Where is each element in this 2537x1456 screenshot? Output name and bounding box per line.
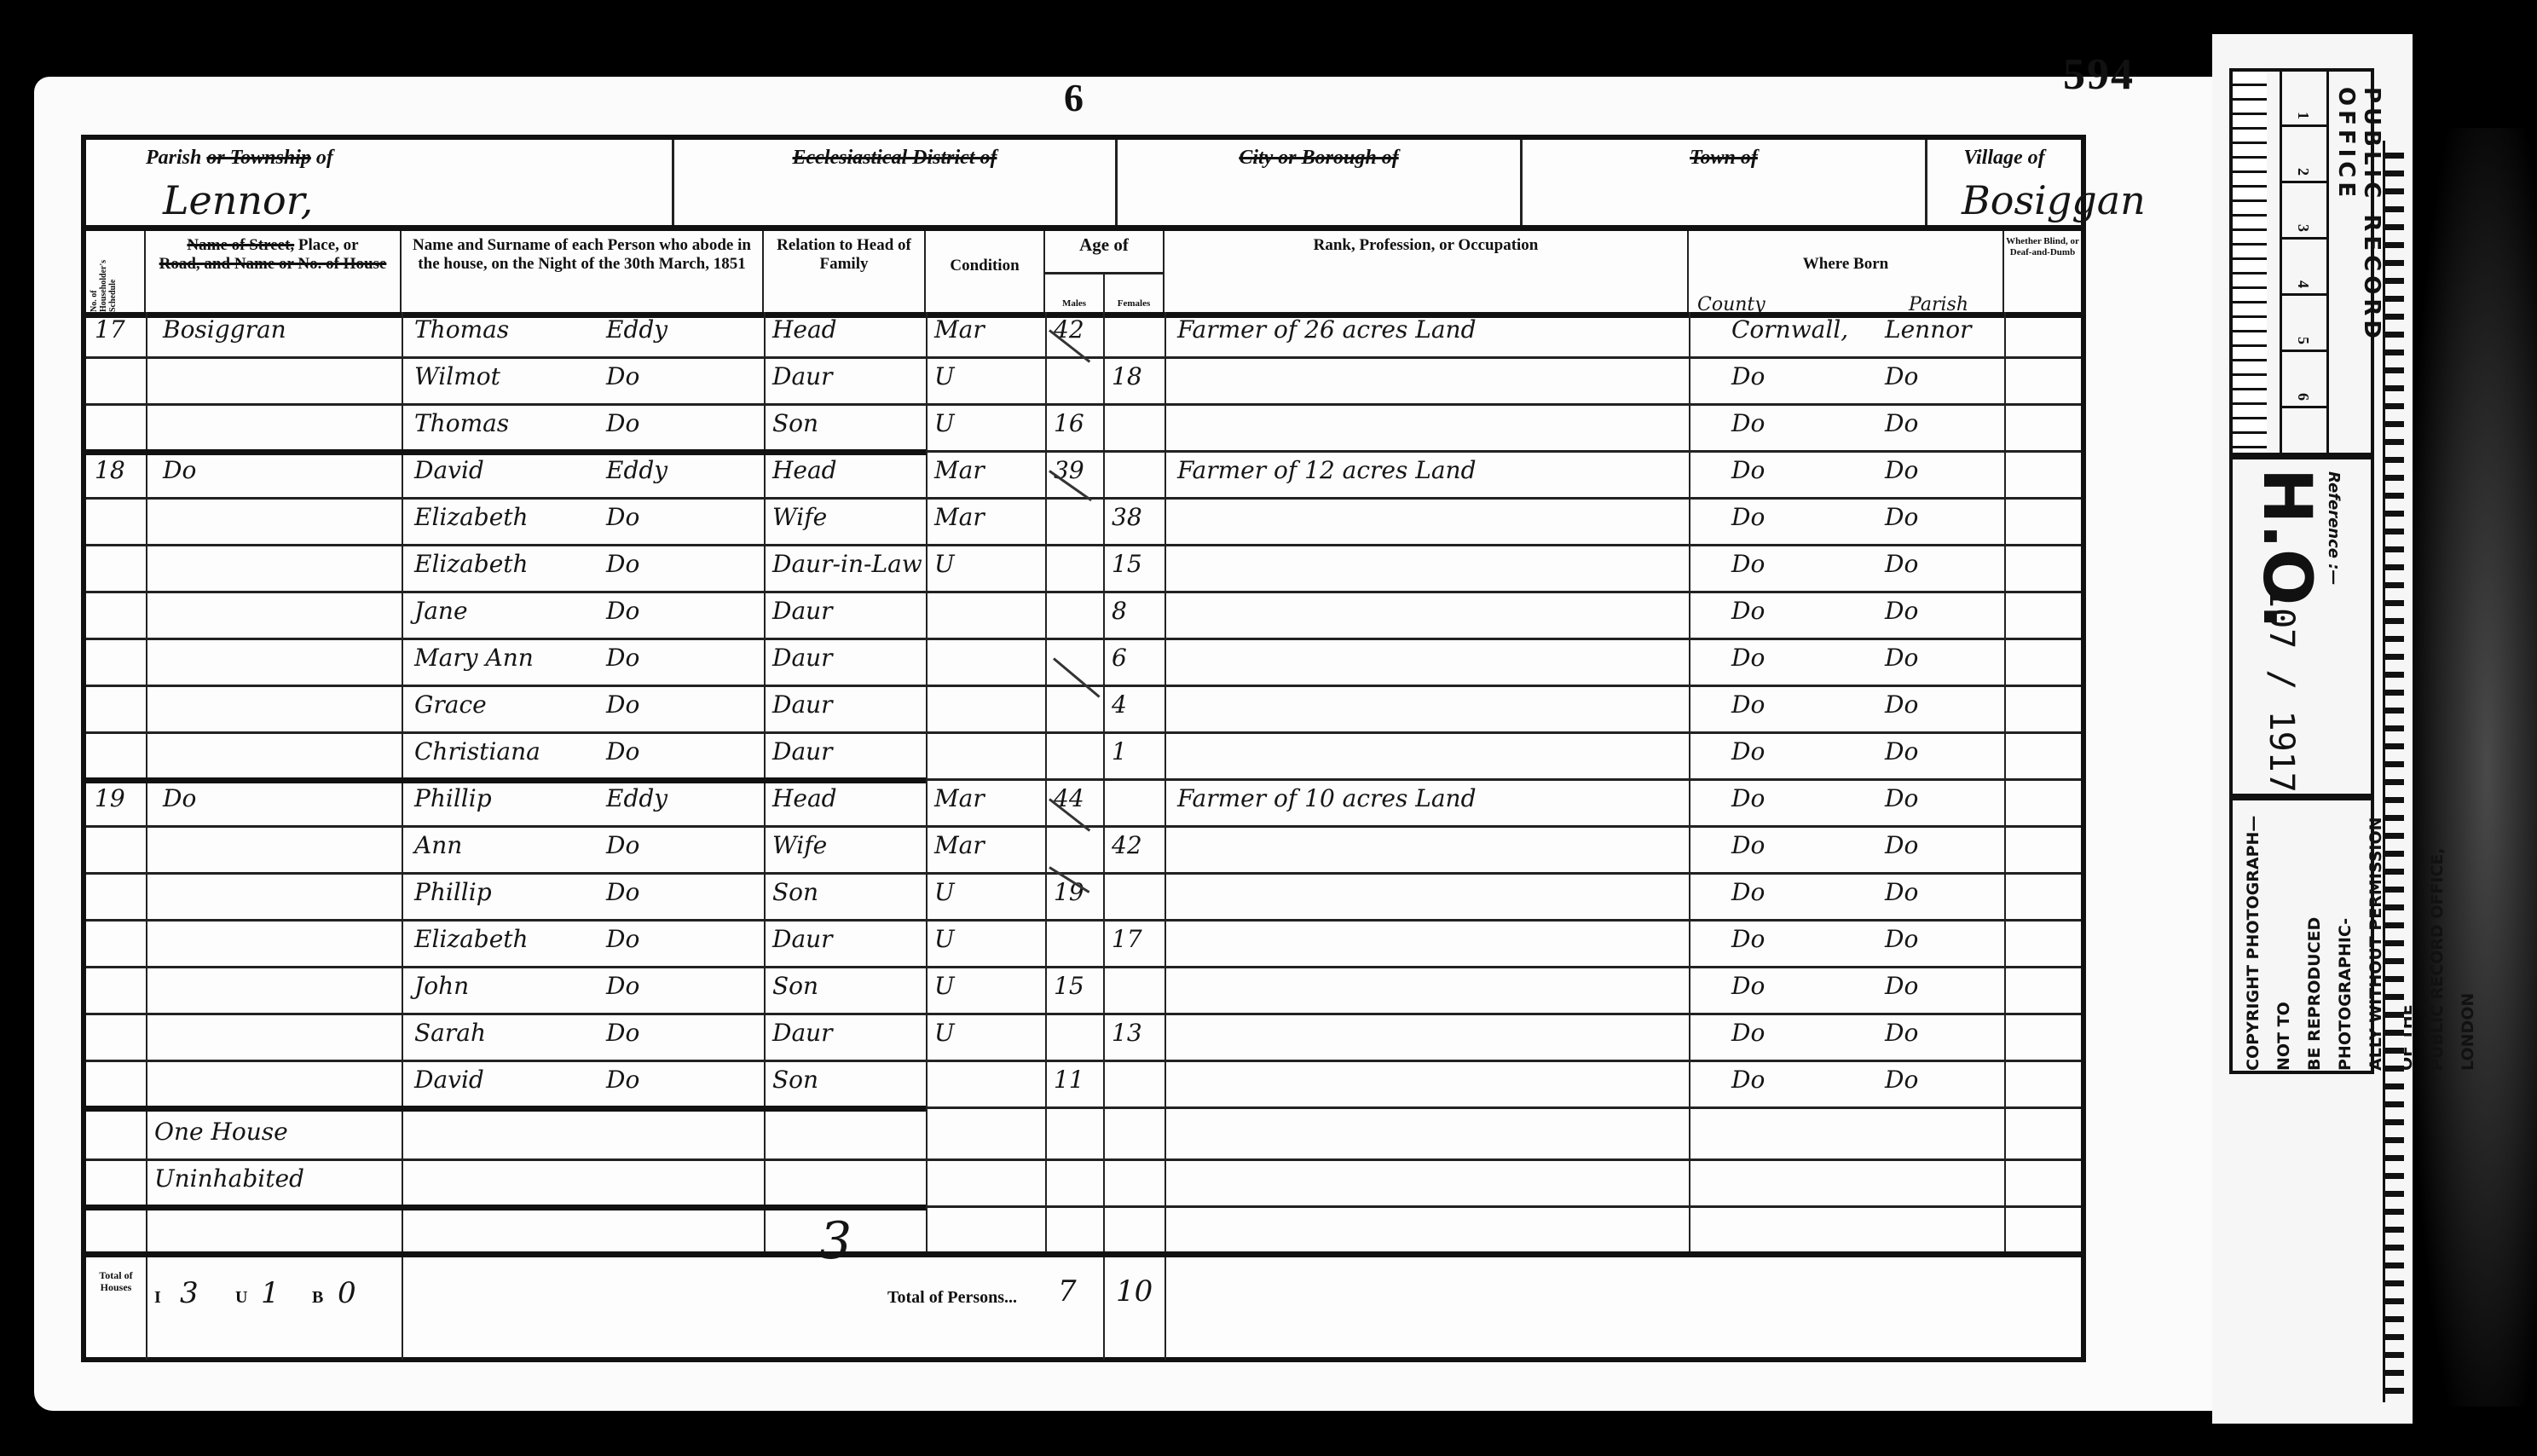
cell-relation: Daur: [772, 690, 833, 719]
table-row: 17BosiggranThomasEddyHeadMar42Farmer of …: [86, 312, 2081, 359]
cell-born-parish: Do: [1885, 690, 1918, 719]
cell-relation: Head: [772, 456, 837, 484]
cell-place: Do: [163, 456, 196, 484]
cell-born-county: Do: [1731, 503, 1765, 531]
cell-name: Elizabeth: [414, 503, 529, 531]
table-row: ElizabethDoDaur-in-LawU15DoDo: [86, 546, 2081, 593]
cell-condition: U: [934, 1019, 955, 1047]
col-condition-header: Condition: [926, 231, 1045, 312]
cell-surname: Eddy: [606, 456, 667, 484]
cell-born-parish: Do: [1885, 550, 1918, 578]
public-record-office-label: PUBLIC RECORD OFFICE: [2333, 87, 2384, 453]
cell-born-county: Do: [1731, 597, 1765, 625]
cell-name: Thomas: [414, 409, 509, 437]
table-row: PhillipDoSonU19DoDo: [86, 875, 2081, 922]
cell-born-county: Do: [1731, 737, 1765, 766]
table-row: GraceDoDaur4DoDo: [86, 687, 2081, 734]
parish-cell: Parish or Township of Lennor,: [86, 140, 674, 225]
cell-name: Elizabeth: [414, 550, 529, 578]
table-row: JaneDoDaur8DoDo: [86, 593, 2081, 640]
folio-number: 594: [2063, 49, 2135, 100]
cell-born-parish: Do: [1885, 456, 1918, 484]
town-cell: Town of: [1523, 140, 1927, 225]
copyright-line: PUBLIC RECORD OFFICE, LONDON: [2422, 807, 2483, 1071]
cell-condition: Mar: [934, 831, 985, 859]
cell-surname: Do: [606, 1019, 639, 1047]
cell-female-age: 4: [1112, 690, 1127, 719]
cell-surname: Do: [606, 597, 639, 625]
col-occupation-header: Rank, Profession, or Occupation: [1164, 231, 1689, 312]
table-row-blank: [86, 1161, 2081, 1208]
cell-condition: U: [934, 550, 955, 578]
cell-male-age: 39: [1054, 456, 1084, 484]
scale-number-box: 6: [2280, 353, 2326, 408]
col-blind-header: Whether Blind, or Deaf-and-Dumb: [2004, 231, 2081, 312]
cell-place: Do: [163, 784, 196, 812]
cell-female-age: 42: [1112, 831, 1142, 859]
cell-female-age: 8: [1112, 597, 1127, 625]
page-number: 6: [1064, 75, 1084, 120]
household-separator: [86, 1106, 926, 1112]
record-office-strip: 123456 PUBLIC RECORD OFFICE Reference :—…: [2212, 34, 2413, 1424]
cell-born-parish: Do: [1885, 972, 1918, 1000]
ecclesiastical-district-cell: Ecclesiastical District of: [674, 140, 1118, 225]
cell-born-county: Do: [1731, 878, 1765, 906]
cell-born-county: Do: [1731, 690, 1765, 719]
cell-born-parish: Do: [1885, 597, 1918, 625]
cell-occupation: Farmer of 26 acres Land: [1177, 315, 1477, 344]
col-name-header: Name and Surname of each Person who abod…: [402, 231, 764, 312]
table-row: JohnDoSonU15DoDo: [86, 968, 2081, 1015]
cell-female-age: 17: [1112, 925, 1142, 953]
cell-surname: Do: [606, 690, 639, 719]
cell-born-parish: Do: [1885, 503, 1918, 531]
table-row: DavidDoSon11DoDo: [86, 1062, 2081, 1109]
females-subheader: Females: [1105, 298, 1163, 309]
cell-name: Sarah: [414, 1019, 486, 1047]
cell-surname: Do: [606, 362, 639, 390]
cell-surname: Do: [606, 503, 639, 531]
copyright-line: COPYRIGHT PHOTOGRAPH—NOT TO: [2238, 807, 2299, 1071]
reference-number: 107 / 1917: [2262, 587, 2301, 793]
cell-surname: Do: [606, 925, 639, 953]
cell-relation: Daur: [772, 362, 833, 390]
cell-born-county: Do: [1731, 784, 1765, 812]
cell-relation: Daur-in-Law: [772, 550, 922, 578]
cell-name: Phillip: [414, 878, 492, 906]
cell-condition: U: [934, 409, 955, 437]
cell-schedule: 19: [95, 784, 125, 812]
table-row-blank: [86, 1208, 2081, 1255]
table-row-blank: [86, 1114, 2081, 1161]
table-row: AnnDoWifeMar42DoDo: [86, 828, 2081, 875]
cell-occupation: Farmer of 12 acres Land: [1177, 456, 1477, 484]
cell-condition: Mar: [934, 456, 985, 484]
cell-female-age: 13: [1112, 1019, 1142, 1047]
cell-born-county: Do: [1731, 1066, 1765, 1094]
scale-number-box: 3: [2280, 184, 2326, 240]
cell-relation: Wife: [772, 503, 827, 531]
cell-name: Grace: [414, 690, 487, 719]
cell-condition: Mar: [934, 503, 985, 531]
parish-label-suffix: of: [316, 147, 333, 169]
cell-condition: U: [934, 972, 955, 1000]
cell-name: Christiana: [414, 737, 540, 766]
reference-box: Reference :— H.O. 107 / 1917: [2229, 456, 2374, 797]
cell-born-parish: Do: [1885, 409, 1918, 437]
cell-born-parish: Do: [1885, 784, 1918, 812]
cell-born-parish: Do: [1885, 737, 1918, 766]
uninhabited-note-line2: Uninhabited: [154, 1164, 304, 1193]
cell-relation: Head: [772, 784, 837, 812]
location-header-row: Parish or Township of Lennor, Ecclesiast…: [86, 140, 2081, 231]
cell-born-county: Do: [1731, 550, 1765, 578]
col-relation-header: Relation to Head of Family: [764, 231, 926, 312]
table-row: SarahDoDaurU13DoDo: [86, 1015, 2081, 1062]
cell-born-county: Do: [1731, 362, 1765, 390]
table-row: ThomasDoSonU16DoDo: [86, 406, 2081, 453]
males-total: 7: [1058, 1274, 1077, 1309]
village-label: Village of: [1927, 147, 2081, 170]
total-houses-label: Total of Houses: [90, 1269, 142, 1293]
background-scan-texture: [2413, 128, 2537, 1407]
cell-surname: Do: [606, 737, 639, 766]
cell-surname: Do: [606, 878, 639, 906]
cell-schedule: 18: [95, 456, 125, 484]
cell-born-county: Do: [1731, 409, 1765, 437]
table-row: ElizabethDoWifeMar38DoDo: [86, 500, 2081, 546]
inhabited-count: 3: [180, 1276, 199, 1310]
cell-born-county: Do: [1731, 925, 1765, 953]
total-persons-label: Total of Persons...: [887, 1288, 1017, 1308]
cell-name: John: [414, 972, 469, 1000]
township-label-struck: or Township: [206, 147, 311, 169]
cell-relation: Daur: [772, 737, 833, 766]
scale-number-box: 1: [2280, 72, 2326, 127]
cell-condition: U: [934, 925, 955, 953]
cell-relation: Daur: [772, 925, 833, 953]
cell-male-age: 19: [1054, 878, 1084, 906]
table-row: 19DoPhillipEddyHeadMar44Farmer of 10 acr…: [86, 781, 2081, 828]
cell-condition: Mar: [934, 315, 985, 344]
uninhabited-note-line1: One House: [154, 1118, 288, 1146]
cell-condition: U: [934, 878, 955, 906]
table-row: WilmotDoDaurU18DoDo: [86, 359, 2081, 406]
col-where-born-header: Where Born County Parish: [1689, 231, 2004, 312]
scale-ruler: 123456 PUBLIC RECORD OFFICE: [2229, 68, 2374, 456]
col-age-header: Age of Males Females: [1045, 231, 1164, 312]
cell-female-age: 1: [1112, 737, 1127, 766]
table-row: ChristianaDoDaur1DoDo: [86, 734, 2081, 781]
census-table: Parish or Township of Lennor, Ecclesiast…: [81, 135, 2086, 1362]
film-edge-marks: [2383, 141, 2404, 1402]
cell-relation: Daur: [772, 1019, 833, 1047]
cell-surname: Do: [606, 644, 639, 672]
census-rows: 17BosiggranThomasEddyHeadMar42Farmer of …: [86, 312, 2081, 1251]
cell-condition: Mar: [934, 784, 985, 812]
parish-label: Parish: [146, 147, 201, 169]
cell-born-county: Cornwall,: [1731, 315, 1848, 344]
totals-row: Total of Houses I 3 U 1 B 0 Total of Per…: [86, 1251, 2081, 1366]
table-row: Mary AnnDoDaur6DoDo: [86, 640, 2081, 687]
cell-relation: Son: [772, 972, 818, 1000]
cell-place: Bosiggran: [163, 315, 286, 344]
cell-surname: Do: [606, 831, 639, 859]
females-total: 10: [1116, 1274, 1153, 1309]
ruler-ticks: [2233, 72, 2282, 453]
parish-value: Lennor,: [163, 177, 313, 223]
scale-number-box: 2: [2280, 128, 2326, 183]
cell-surname: Do: [606, 972, 639, 1000]
cell-name: Thomas: [414, 315, 509, 344]
copyright-notice: COPYRIGHT PHOTOGRAPH—NOT TOBE REPRODUCED…: [2229, 797, 2374, 1074]
cell-surname: Do: [606, 409, 639, 437]
uninhabited-count: 1: [261, 1276, 280, 1310]
scale-number-box: 5: [2280, 297, 2326, 352]
cell-relation: Daur: [772, 597, 833, 625]
cell-born-county: Do: [1731, 972, 1765, 1000]
reference-label: Reference :—: [2325, 471, 2343, 585]
cell-born-parish: Do: [1885, 362, 1918, 390]
household-separator: [86, 777, 926, 783]
village-value: Bosiggan: [1962, 177, 2146, 223]
cell-born-parish: Do: [1885, 878, 1918, 906]
cell-born-county: Do: [1731, 644, 1765, 672]
copyright-line: BE REPRODUCED PHOTOGRAPHIC-: [2299, 807, 2361, 1071]
table-row: ElizabethDoDaurU17DoDo: [86, 922, 2081, 968]
cell-born-parish: Do: [1885, 1066, 1918, 1094]
cell-born-county: Do: [1731, 456, 1765, 484]
col-schedule-header: No. of Householder's Schedule: [86, 231, 146, 312]
cell-schedule: 17: [95, 315, 125, 344]
city-borough-cell: City or Borough of: [1118, 140, 1523, 225]
cell-relation: Son: [772, 878, 818, 906]
cell-born-parish: Do: [1885, 644, 1918, 672]
cell-name: David: [414, 1066, 484, 1094]
cell-born-county: Do: [1731, 831, 1765, 859]
household-separator: [86, 449, 926, 455]
cell-male-age: 16: [1054, 409, 1084, 437]
cell-female-age: 38: [1112, 503, 1142, 531]
cell-born-parish: Do: [1885, 1019, 1918, 1047]
column-header-row: No. of Householder's Schedule Name of St…: [86, 231, 2081, 318]
cell-relation: Head: [772, 315, 837, 344]
cell-born-parish: Do: [1885, 831, 1918, 859]
ecclesiastical-district-label: Ecclesiastical District of: [674, 147, 1115, 170]
cell-born-county: Do: [1731, 1019, 1765, 1047]
cell-name: Wilmot: [414, 362, 500, 390]
cell-name: Ann: [414, 831, 462, 859]
males-subheader: Males: [1045, 298, 1103, 309]
building-count: 0: [338, 1276, 356, 1310]
cell-male-age: 15: [1054, 972, 1084, 1000]
cell-surname: Do: [606, 550, 639, 578]
scale-number-box: 4: [2280, 240, 2326, 296]
cell-name: Mary Ann: [414, 644, 534, 672]
cell-male-age: 11: [1054, 1066, 1084, 1094]
cell-name: David: [414, 456, 484, 484]
cell-relation: Daur: [772, 644, 833, 672]
cell-born-parish: Do: [1885, 925, 1918, 953]
cell-female-age: 15: [1112, 550, 1142, 578]
cell-surname: Eddy: [606, 315, 667, 344]
col-place-header: Name of Street, Place, or Road, and Name…: [146, 231, 402, 312]
cell-female-age: 18: [1112, 362, 1142, 390]
town-label: Town of: [1523, 147, 1925, 170]
cell-surname: Do: [606, 1066, 639, 1094]
cell-surname: Eddy: [606, 784, 667, 812]
cell-relation: Son: [772, 1066, 818, 1094]
cell-female-age: 6: [1112, 644, 1127, 672]
cell-name: Elizabeth: [414, 925, 529, 953]
cell-name: Phillip: [414, 784, 492, 812]
city-borough-label: City or Borough of: [1118, 147, 1520, 170]
cell-occupation: Farmer of 10 acres Land: [1177, 784, 1477, 812]
scale-number-boxes: 123456: [2280, 72, 2329, 453]
cell-condition: U: [934, 362, 955, 390]
cell-name: Jane: [414, 597, 468, 625]
cell-relation: Son: [772, 409, 818, 437]
cell-born-parish: Lennor: [1885, 315, 1971, 344]
village-cell: Village of Bosiggan: [1927, 140, 2081, 225]
cell-relation: Wife: [772, 831, 827, 859]
